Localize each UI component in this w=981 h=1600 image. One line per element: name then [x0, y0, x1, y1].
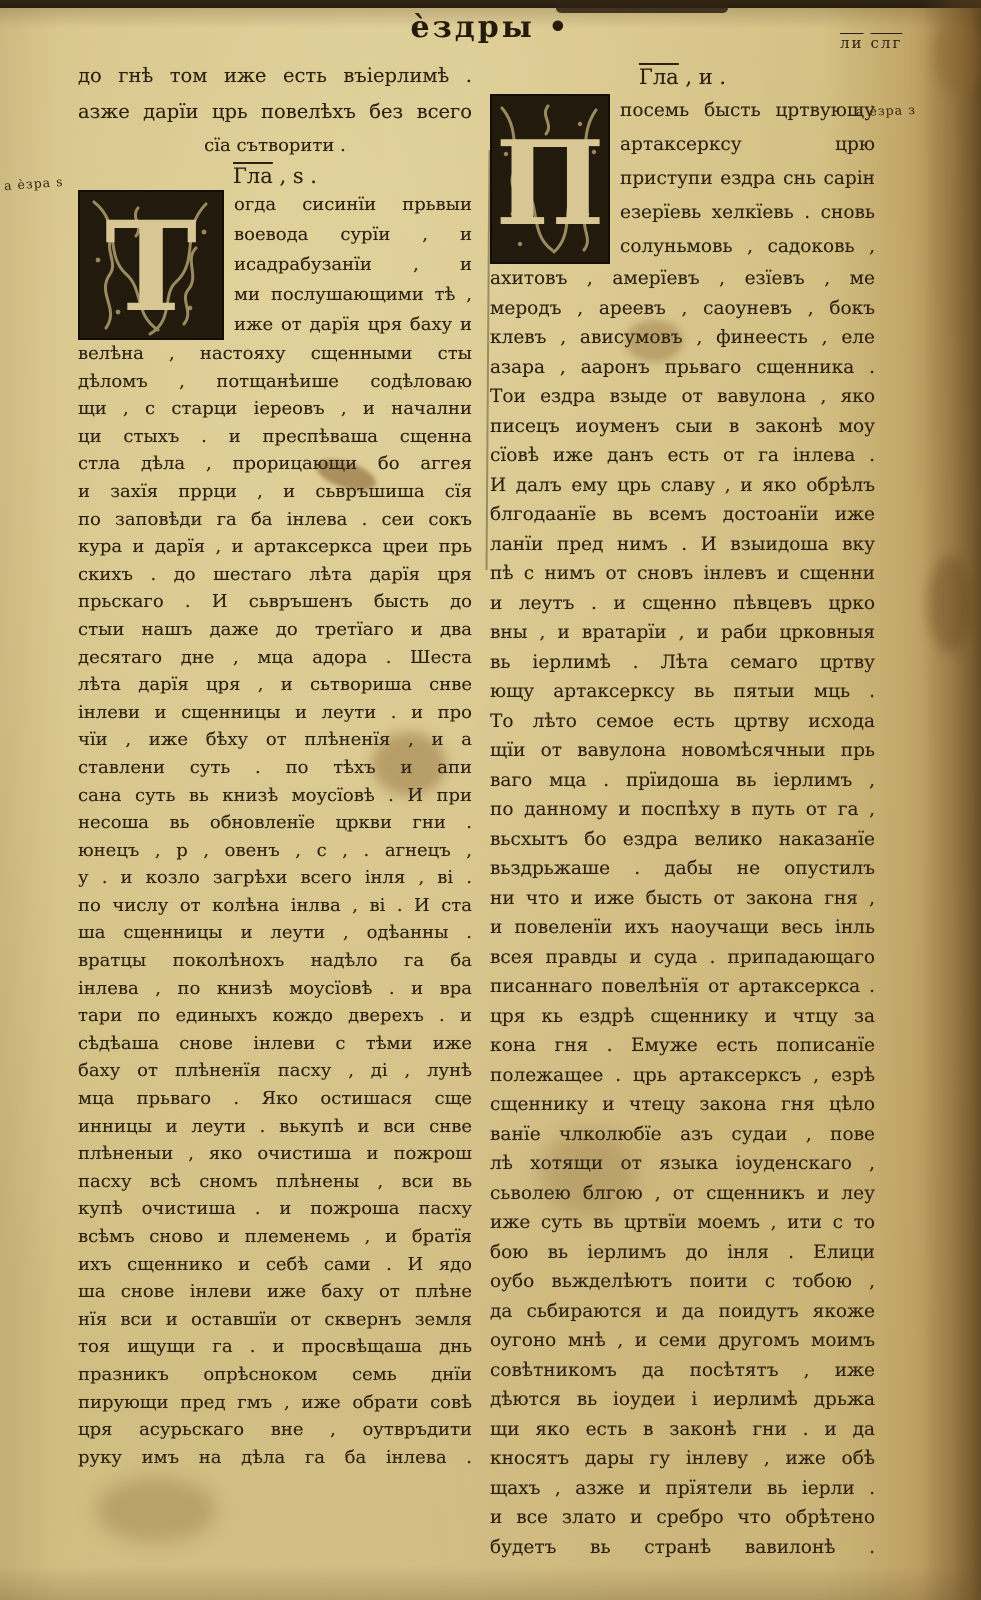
text-line: щи яко есть в законѣ гни . и да	[490, 1415, 875, 1445]
text-line: скихъ . до шестаго лѣта дарїя цря	[78, 561, 472, 589]
text-line: тоя ищущи га . и просвѣщаша днь	[78, 1333, 472, 1361]
text-line: стла дѣла , прорицающи бо аггея	[78, 450, 472, 478]
body-text-left: велѣна , настояху сщенными стыдѣломъ , п…	[78, 340, 472, 1471]
text-line: солуньмовь , садоковь ,	[620, 230, 875, 264]
text-line: стыи нашъ даже до третїаго и два	[78, 616, 472, 644]
text-line: посемь бысть цртвующу	[620, 94, 875, 128]
text-line: ланїи пред нимъ . И взыидоша вку	[490, 530, 875, 560]
text-line: по данному и поспѣху в путь от га ,	[490, 795, 875, 825]
folio-number: лислг	[840, 34, 909, 52]
text-line: и леутъ . и сщенно пѣвцевъ црко	[490, 589, 875, 619]
text-line: несоша вь обновленїе цркви гни .	[78, 809, 472, 837]
text-line: приступи ездра снь сарін	[620, 162, 875, 196]
text-line: бою вь іерлимъ до інля . Елици	[490, 1238, 875, 1268]
text-line: дѣломъ , потщанѣише содѣловаю	[78, 368, 472, 396]
text-line: дѣются вь іоудеи і иерлимѣ дрьжа	[490, 1385, 875, 1415]
text-line: прьскаго . И сьвръшенъ бысть до	[78, 588, 472, 616]
initial-letter-glyph: Т	[105, 195, 197, 340]
initial-lines-left: огда сисинїи прьвыи поцривоевода сурїи ,…	[234, 190, 472, 340]
text-line: будетъ вь странѣ вавилонѣ .	[490, 1533, 875, 1563]
text-line: лѣ хотящи от языка іоуденскаго ,	[490, 1149, 875, 1179]
text-line: артаксерксу црю прьскому .	[620, 128, 875, 162]
text-line: исадрабузанїи , и сьдруги	[234, 250, 472, 280]
text-line: вратцы поколѣнохъ надѣло га ба	[78, 947, 472, 975]
chapter-word: Гла	[233, 164, 273, 188]
text-line: оубо вьжделѣютъ поити с тобою ,	[490, 1267, 875, 1297]
text-line: щїи от вавулона новомѣсячныи прь	[490, 736, 875, 766]
text-line: сьволею блгою , от сщенникъ и леу	[490, 1179, 875, 1209]
text-line: и захїя пррци , и сьвръшиша сїя	[78, 478, 472, 506]
text-line: вьздрьжаше . дабы не опустилъ	[490, 854, 875, 884]
text-line: всея правды и суда . припадающаго	[490, 943, 875, 973]
text-line: писецъ иоуменъ сыи в законѣ моу	[490, 412, 875, 442]
text-line: цря асурьскаго вне , оутвръдити	[78, 1416, 472, 1444]
text-line: ющу артаксерксу вь пятыи мць .	[490, 677, 875, 707]
text-line: юнецъ , р , овенъ , с , . агнецъ ,	[78, 837, 472, 865]
text-line: езерїевь хелкїевь . сновь	[620, 196, 875, 230]
text-line: писаннаго повелѣнїя от артаксеркса .	[490, 972, 875, 1002]
book-fore-edge	[923, 0, 981, 1600]
text-line: и все злато и сребро что обрѣтено	[490, 1503, 875, 1533]
left-margin-note: а ѐзра ѕ	[4, 174, 64, 193]
text-line: воевода сурїи , и финикїи ,	[234, 220, 472, 250]
folio-part-1: ли	[840, 34, 864, 52]
text-line: пасху всѣ сномъ плѣнены , вси вь	[78, 1168, 472, 1196]
text-line: чїи , иже бѣху от плѣненїя , и а	[78, 726, 472, 754]
drop-cap-P-woodcut: П	[490, 94, 610, 264]
drop-cap-T-woodcut: Т	[78, 190, 224, 340]
text-line: оугоно мнѣ , и семи другомъ моимъ	[490, 1326, 875, 1356]
text-line: щи , с старци іереовъ , и начални	[78, 395, 472, 423]
text-line: баху от плѣненїя пасху , ді , лунѣ	[78, 1057, 472, 1085]
text-line: полежащее . црь артаксерксъ , езрѣ	[490, 1061, 875, 1091]
text-line: вь іерлимѣ . Лѣта семаго цртву	[490, 648, 875, 678]
text-line: по заповѣди га ба інлева . сеи сокъ	[78, 506, 472, 534]
initial-section-left: Т огда сисинїи прьвыи поцривоевода сурїи…	[78, 190, 472, 340]
text-line: ша сщенницы и леути , одѣанны .	[78, 919, 472, 947]
text-line: до гнѣ том иже есть въіерлимѣ .	[78, 58, 472, 94]
text-line: цря кь ездрѣ сщеннику и чтцу за	[490, 1002, 875, 1032]
text-line: ставлени суть . по тѣхъ и апи	[78, 754, 472, 782]
text-line: ша снове інлеви иже баху от плѣне	[78, 1278, 472, 1306]
initial-letter-glyph: П	[495, 116, 605, 252]
text-line: плѣненыи , яко очистиша и пожрош	[78, 1140, 472, 1168]
paper-stain	[96, 1478, 216, 1542]
text-line: вьсхытъ бо ездра велико наказанїе	[490, 825, 875, 855]
left-column: до гнѣ том иже есть въіерлимѣ .азже дарї…	[78, 58, 472, 1471]
chapter-heading-left: Гла , ѕ .	[78, 162, 472, 190]
text-line: щахъ , азже и прїятели вь іерли .	[490, 1474, 875, 1504]
text-line: тари по единыхъ кождо дверехъ . и	[78, 1002, 472, 1030]
body-text-right: ахитовъ , амерїевъ , езїевъ , мемеродъ ,…	[490, 264, 875, 1562]
closing-line: сїа сътворити .	[78, 130, 472, 162]
text-line: ванїе члколюбїе азъ судаи , пове	[490, 1120, 875, 1150]
text-line: купѣ очистиша . и пожроша пасху	[78, 1195, 472, 1223]
text-line: ни что и иже бысть от закона гня ,	[490, 884, 875, 914]
text-line: пѣ с нимъ от сновъ інлевъ и сщенни	[490, 559, 875, 589]
text-line: иже суть вь цртвїи моемъ , ити с то	[490, 1208, 875, 1238]
text-line: ваго мца . прїидоша вь іерлимъ ,	[490, 766, 875, 796]
running-head: ѐздры •	[0, 10, 981, 45]
text-line: кносятъ дары гу інлеву , иже обѣ	[490, 1444, 875, 1474]
text-line: и повеленїи ихъ наоучащи весь інль	[490, 913, 875, 943]
text-line: сїовѣ иже данъ есть от га інлева .	[490, 441, 875, 471]
text-line: клевъ , ависумовъ , финеесть , еле	[490, 323, 875, 353]
text-line: мца прьваго . Яко остишася сще	[78, 1085, 472, 1113]
text-line: ахитовъ , амерїевъ , езїевъ , ме	[490, 264, 875, 294]
text-line: сщеннику и чтецу закона гня цѣло	[490, 1090, 875, 1120]
text-line: пирующи пред гмъ , иже обрати совѣ	[78, 1389, 472, 1417]
text-line: блгодаанїе вь всемъ достоанїи иже	[490, 500, 875, 530]
text-line: инницы и леути . вькупѣ и вси снве	[78, 1113, 472, 1141]
text-line: И далъ ему црь славу , и яко обрѣлъ	[490, 471, 875, 501]
text-line: да сьбираются и да поидутъ якоже	[490, 1297, 875, 1327]
chapter-heading-right: Гла , и .	[490, 60, 875, 94]
text-line: ци стыхъ . и преспѣваша сщенна	[78, 423, 472, 451]
text-line: огда сисинїи прьвыи поцри	[234, 190, 472, 220]
text-line: у . и козло загрѣхи всего інля , ві .	[78, 864, 472, 892]
text-line: сана суть вь книзѣ моусїовѣ . И при	[78, 782, 472, 810]
text-line: по числу от колѣна інлва , ві . И ста	[78, 892, 472, 920]
text-line: Тои ездра взыде от вавулона , яко	[490, 382, 875, 412]
page-top-edge	[0, 0, 981, 8]
text-line: совѣтникомъ да посѣтятъ , иже	[490, 1356, 875, 1386]
chapter-word: Гла	[639, 65, 679, 89]
text-line: То лѣто семое есть цртву исхода	[490, 707, 875, 737]
text-line: сѣдѣаша снове інлеви с тѣми иже	[78, 1030, 472, 1058]
text-line: велѣна , настояху сщенными сты	[78, 340, 472, 368]
chapter-number: , и .	[679, 65, 726, 89]
text-line: всѣмъ сново и племенемь , и братїя	[78, 1223, 472, 1251]
text-line: десятаго дне , мца адора . Шеста	[78, 644, 472, 672]
text-line: азара , ааронъ прьваго сщенника .	[490, 353, 875, 383]
folio-part-2: слг	[871, 34, 903, 52]
text-line: інлева , по книзѣ моусїовѣ . и вра	[78, 975, 472, 1003]
initial-lines-right: посемь бысть цртвующуартаксерксу црю прь…	[620, 94, 875, 264]
text-line: иже от дарїя цря баху и по	[234, 310, 472, 340]
text-line: нїя вси и оставшїи от сквернъ земля	[78, 1306, 472, 1334]
text-line: інлеви и сщенницы и леути . и про	[78, 699, 472, 727]
text-line: кура и дарїя , и артаксеркса цреи прь	[78, 533, 472, 561]
text-line: празникъ опрѣсноком семь днїи	[78, 1361, 472, 1389]
text-line: вны , и вратарїи , и раби црковныя	[490, 618, 875, 648]
right-column: Гла , и . П посемь бысть цртвующуартаксе	[490, 60, 875, 1562]
text-line: ихъ сщеннико и себѣ сами . И ядо	[78, 1251, 472, 1279]
initial-section-right: П посемь бысть цртвующуартаксерксу црю п…	[490, 94, 875, 264]
chapter-number: , ѕ .	[273, 164, 317, 188]
text-line: лѣта дарїя цря , и сьтвориша снве	[78, 671, 472, 699]
book-page: ѐздры • лислг а ѐзра ѕ а ѐзра з до гнѣ т…	[0, 0, 981, 1600]
text-line: меродъ , ареевъ , саоуневъ , бокъ	[490, 294, 875, 324]
text-line: ми послушающими тѣ ,	[234, 280, 472, 310]
text-line: азже дарїи црь повелѣхъ без всего	[78, 94, 472, 130]
opening-lines: до гнѣ том иже есть въіерлимѣ .азже дарї…	[78, 58, 472, 130]
text-line: руку имъ на дѣла га ба інлева .	[78, 1444, 472, 1472]
running-head-text: ѐздры •	[411, 10, 571, 45]
text-line: кона гня . Емуже есть пописанїе	[490, 1031, 875, 1061]
